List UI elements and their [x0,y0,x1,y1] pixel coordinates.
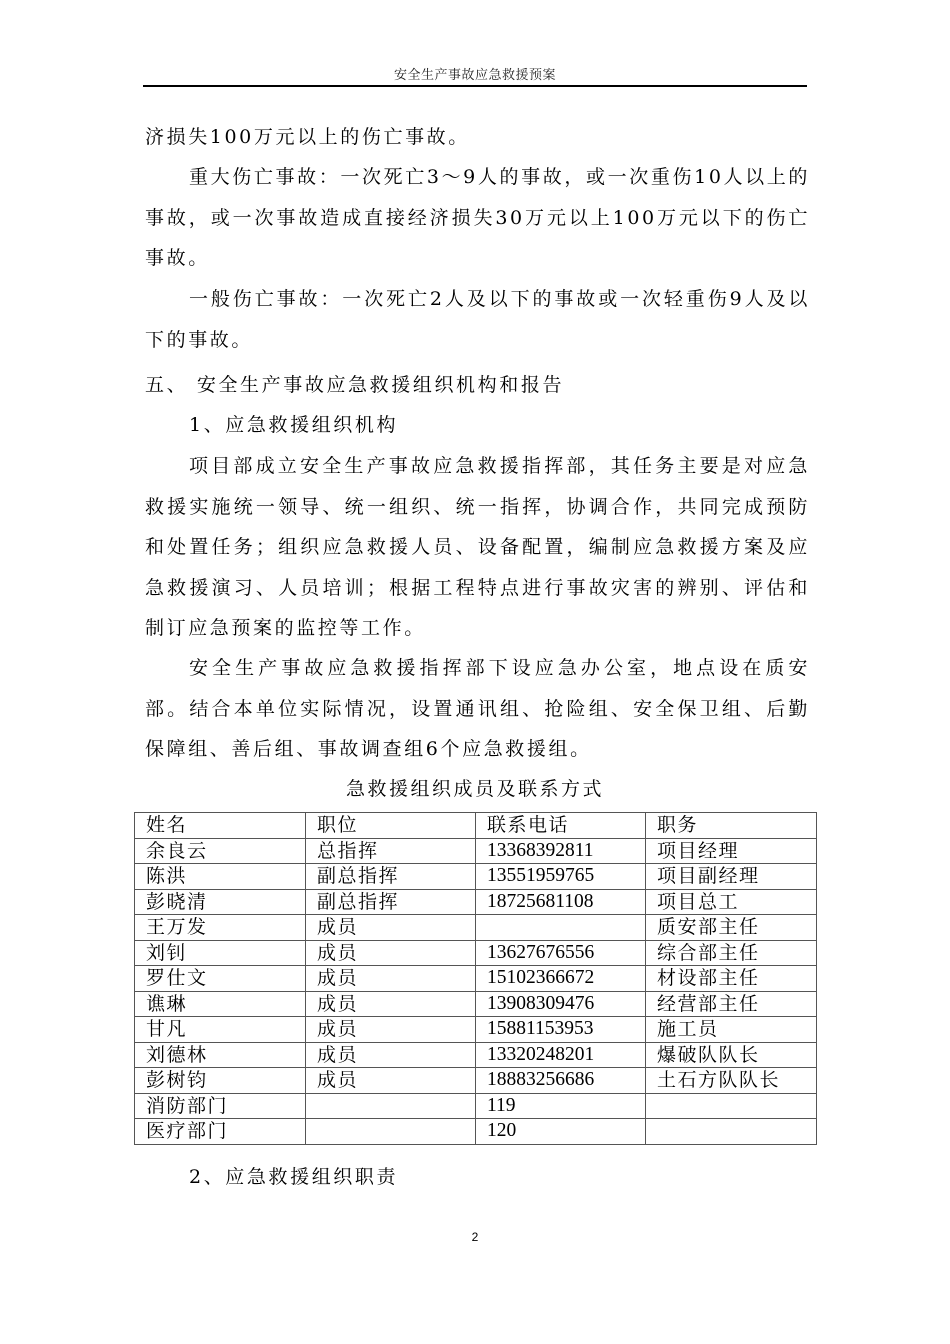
cell-name: 刘钊 [135,940,306,966]
cell-position: 副总指挥 [306,889,476,915]
cell-duty: 材设部主任 [646,966,817,992]
cell-position: 副总指挥 [306,864,476,890]
cell-name: 陈洪 [135,864,306,890]
cell-name: 甘凡 [135,1017,306,1043]
table-row: 罗仕文成员15102366672材设部主任 [135,966,817,992]
table-row: 消防部门119 [135,1093,817,1119]
cell-name: 彭树钧 [135,1068,306,1094]
cell-phone: 15881153953 [476,1017,646,1043]
table-row: 彭晓清副总指挥18725681108项目总工 [135,889,817,915]
header-phone: 联系电话 [476,813,646,839]
cell-position: 成员 [306,1042,476,1068]
table-row: 王万发成员质安部主任 [135,915,817,941]
table-caption: 急救援组织成员及联系方式 [0,774,950,801]
cell-duty: 质安部主任 [646,915,817,941]
table-row: 谯琳成员13908309476经营部主任 [135,991,817,1017]
cell-phone: 13320248201 [476,1042,646,1068]
cell-name: 刘德林 [135,1042,306,1068]
cell-phone [476,915,646,941]
cell-duty: 施工员 [646,1017,817,1043]
cell-position: 成员 [306,915,476,941]
cell-duty: 项目总工 [646,889,817,915]
cell-name: 彭晓清 [135,889,306,915]
cell-name: 谯琳 [135,991,306,1017]
cell-phone: 13368392811 [476,838,646,864]
cell-name: 王万发 [135,915,306,941]
cell-phone: 13551959765 [476,864,646,890]
table-row: 余良云总指挥13368392811项目经理 [135,838,817,864]
contact-table: 姓名 职位 联系电话 职务 余良云总指挥13368392811项目经理陈洪副总指… [134,812,817,1145]
table-row: 甘凡成员15881153953施工员 [135,1017,817,1043]
cell-name: 罗仕文 [135,966,306,992]
header-position: 职位 [306,813,476,839]
header-name: 姓名 [135,813,306,839]
table-row: 医疗部门120 [135,1119,817,1145]
cell-duty: 爆破队队长 [646,1042,817,1068]
cell-duty: 经营部主任 [646,991,817,1017]
paragraph-emergency-office: 安全生产事故应急救援指挥部下设应急办公室，地点设在质安部。结合本单位实际情况，设… [145,648,810,770]
paragraph-command-center: 项目部成立安全生产事故应急救援指挥部，其任务主要是对应急救援实施统一领导、统一组… [145,446,810,649]
table-row: 刘德林成员13320248201爆破队队长 [135,1042,817,1068]
cell-name: 消防部门 [135,1093,306,1119]
cell-duty [646,1119,817,1145]
section-heading-5: 五、 安全生产事故应急救援组织机构和报告 [145,365,810,406]
cell-phone: 13908309476 [476,991,646,1017]
cell-position: 成员 [306,991,476,1017]
subsection-heading-1: 1、应急救援组织机构 [145,405,810,446]
cell-position: 成员 [306,966,476,992]
cell-duty: 土石方队队长 [646,1068,817,1094]
cell-position [306,1119,476,1145]
table-row: 彭树钧成员18883256686土石方队队长 [135,1068,817,1094]
cell-phone: 119 [476,1093,646,1119]
cell-position: 成员 [306,1017,476,1043]
page-number: 2 [0,1230,950,1244]
paragraph-general-accident: 一般伤亡事故：一次死亡2人及以下的事故或一次轻重伤9人及以下的事故。 [145,279,810,360]
cell-position [306,1093,476,1119]
cell-phone: 15102366672 [476,966,646,992]
subsection-heading-2: 2、应急救援组织职责 [145,1157,810,1198]
cell-phone: 18883256686 [476,1068,646,1094]
cell-duty: 项目经理 [646,838,817,864]
cell-duty: 综合部主任 [646,940,817,966]
cell-phone: 120 [476,1119,646,1145]
header-duty: 职务 [646,813,817,839]
cell-position: 成员 [306,1068,476,1094]
table-row: 陈洪副总指挥13551959765项目副经理 [135,864,817,890]
header-title: 安全生产事故应急救援预案 [0,64,950,83]
cell-duty [646,1093,817,1119]
cell-phone: 13627676556 [476,940,646,966]
paragraph-continuation: 济损失100万元以上的伤亡事故。 [145,117,810,158]
cell-phone: 18725681108 [476,889,646,915]
cell-position: 成员 [306,940,476,966]
table-header-row: 姓名 职位 联系电话 职务 [135,813,817,839]
cell-name: 医疗部门 [135,1119,306,1145]
paragraph-major-accident: 重大伤亡事故：一次死亡3～9人的事故，或一次重伤10人以上的事故，或一次事故造成… [145,157,810,279]
cell-duty: 项目副经理 [646,864,817,890]
table-row: 刘钊成员13627676556综合部主任 [135,940,817,966]
cell-position: 总指挥 [306,838,476,864]
header-divider [143,85,807,87]
cell-name: 余良云 [135,838,306,864]
